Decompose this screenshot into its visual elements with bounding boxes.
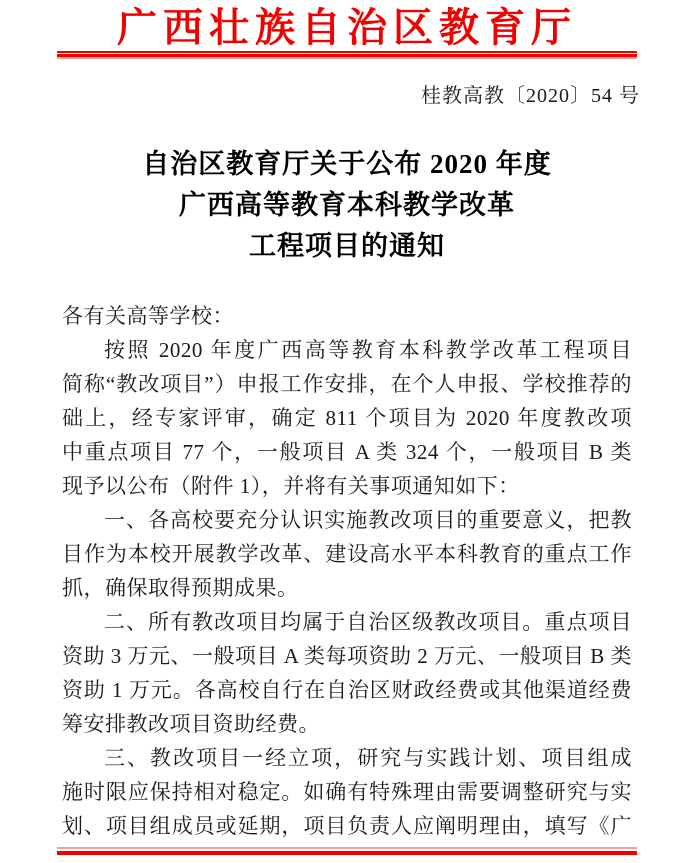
body-line: 资助 3 万元、一般项目 A 类每项资助 2 万元、一般项目 B 类每项 [62, 639, 632, 673]
body-line: 资助 1 万元。各高校自行在自治区财政经费或其他渠道经费中统 [62, 673, 632, 707]
document-body: 各有关高等学校：按照 2020 年度广西高等教育本科教学改革工程项目（以下简称“… [62, 299, 632, 843]
body-line: 筹安排教改项目资助经费。 [62, 707, 632, 741]
body-line: 中重点项目 77 个，一般项目 A 类 324 个，一般项目 B 类 410 个… [62, 435, 632, 469]
body-line: 现予以公布（附件 1），并将有关事项通知如下： [62, 469, 632, 503]
body-line: 按照 2020 年度广西高等教育本科教学改革工程项目（以下 [62, 333, 632, 367]
title-line-1: 自治区教育厅关于公布 2020 年度 [0, 144, 694, 185]
footer-rule-thick [57, 851, 637, 855]
agency-letterhead: 广西壮族自治区教育厅 [0, 0, 694, 50]
body-line: 二、所有教改项目均属于自治区级教改项目。重点项目每项 [62, 605, 632, 639]
doc-number: 桂教高教〔2020〕54 号 [0, 79, 640, 108]
body-line: 三、教改项目一经立项，研究与实践计划、项目组成员、实 [62, 741, 632, 775]
footer-rule [57, 847, 637, 855]
body-line: 一、各高校要充分认识实施教改项目的重要意义，把教改项 [62, 503, 632, 537]
body-line: 划、项目组成员或延期，项目负责人应阐明理由，填写《广西高 [62, 809, 632, 843]
body-line: 础上，经专家评审，确定 811 个项目为 2020 年度教改项目，其 [62, 401, 632, 435]
body-line: 目作为本校开展教学改革、建设高水平本科教育的重点工作来 [62, 537, 632, 571]
body-line: 施时限应保持相对稳定。如确有特殊理由需要调整研究与实践计 [62, 775, 632, 809]
body-lines: 各有关高等学校：按照 2020 年度广西高等教育本科教学改革工程项目（以下简称“… [62, 299, 632, 843]
document-title: 自治区教育厅关于公布 2020 年度 广西高等教育本科教学改革 工程项目的通知 [0, 144, 694, 267]
letterhead-rule-shadow [57, 57, 637, 59]
body-line: 各有关高等学校： [62, 299, 632, 333]
body-line: 简称“教改项目”）申报工作安排，在个人申报、学校推荐的基 [62, 367, 632, 401]
title-line-3: 工程项目的通知 [0, 226, 694, 267]
letterhead-rule [57, 51, 637, 59]
document-page: 广西壮族自治区教育厅 桂教高教〔2020〕54 号 自治区教育厅关于公布 202… [0, 0, 694, 863]
title-line-2: 广西高等教育本科教学改革 [0, 185, 694, 226]
body-line: 抓，确保取得预期成果。 [62, 571, 632, 605]
